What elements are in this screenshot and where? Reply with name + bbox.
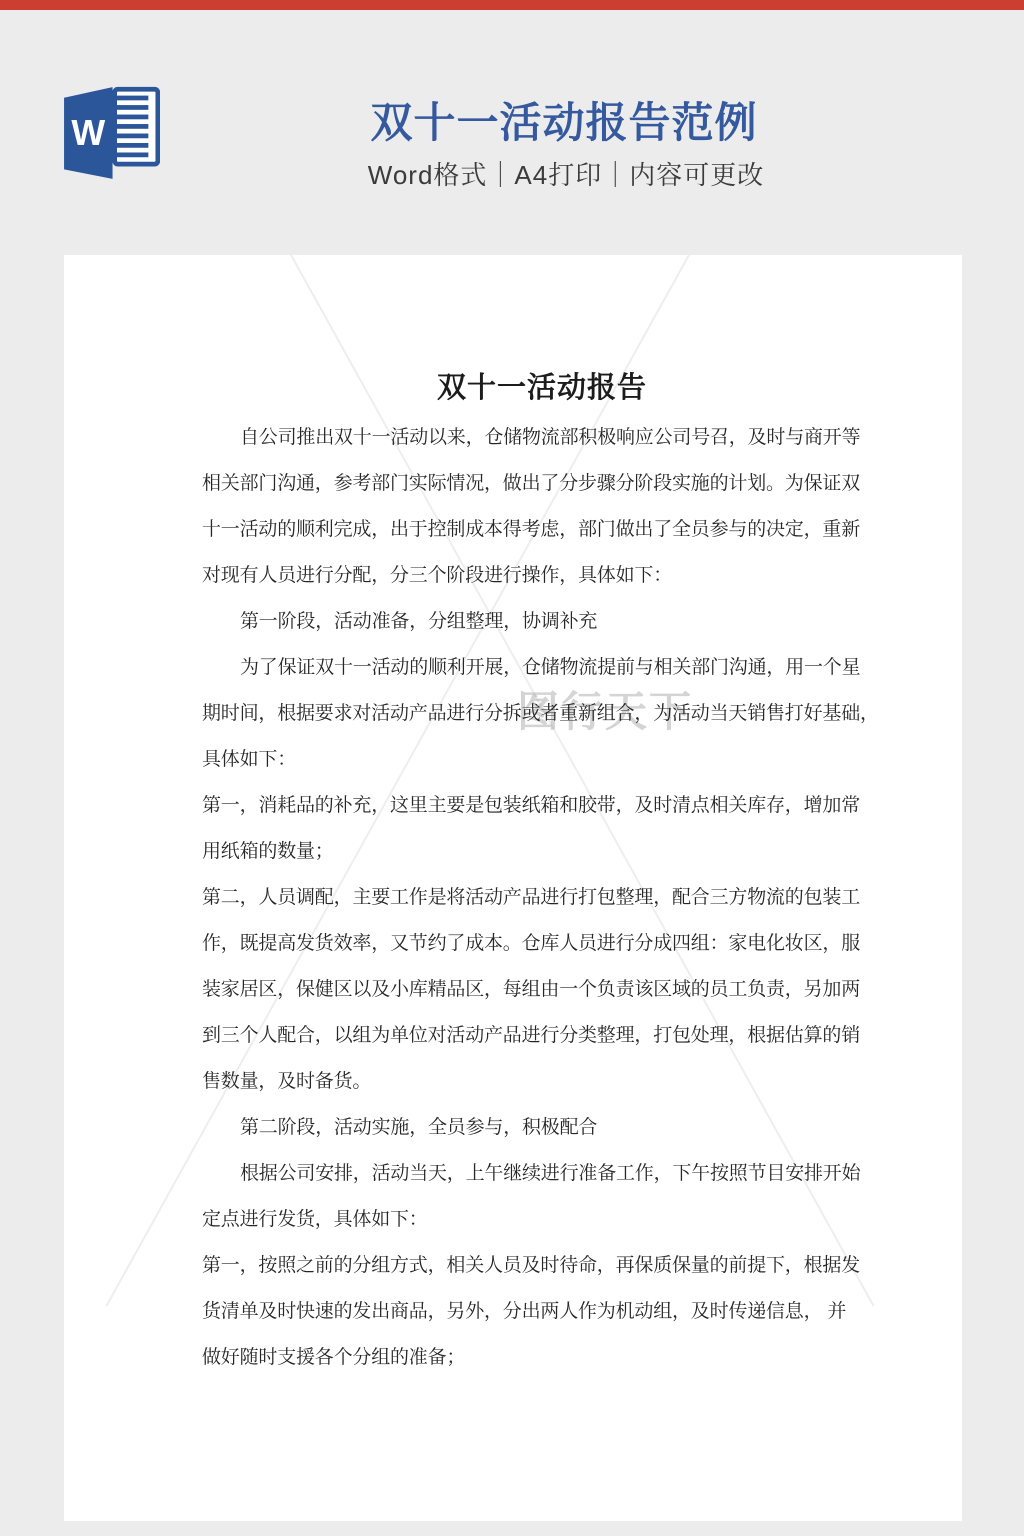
text-line: 第一，按照之前的分组方式，相关人员及时待命，再保质保量的前提下，根据发 <box>202 1243 902 1289</box>
text-line: 第一，消耗品的补充，这里主要是包装纸箱和胶带，及时清点相关库存，增加常 <box>202 783 902 829</box>
text-line: 货清单及时快速的发出商品，另外，分出两人作为机动组，及时传递信息， 并 <box>202 1289 902 1335</box>
text-line: 相关部门沟通，参考部门实际情况，做出了分步骤分阶段实施的计划。为保证双 <box>202 461 902 507</box>
text-line: 第一阶段，活动准备，分组整理，协调补充 <box>202 599 902 645</box>
top-accent-bar <box>0 0 1024 10</box>
document-body: 自公司推出双十一活动以来，仓储物流部积极响应公司号召，及时与商开等相关部门沟通，… <box>202 415 902 1381</box>
document-page: 图行天下 双十一活动报告 自公司推出双十一活动以来，仓储物流部积极响应公司号召，… <box>64 255 962 1521</box>
text-line: 用纸箱的数量； <box>202 829 902 875</box>
text-line: 到三个人配合，以组为单位对活动产品进行分类整理，打包处理，根据估算的销 <box>202 1013 902 1059</box>
page-title: 双十一活动报告范例 <box>0 90 1024 150</box>
text-line: 具体如下： <box>202 737 902 783</box>
text-line: 十一活动的顺利完成，出于控制成本得考虑，部门做出了全员参与的决定，重新 <box>202 507 902 553</box>
text-line: 第二，人员调配，主要工作是将活动产品进行打包整理，配合三方物流的包装工 <box>202 875 902 921</box>
text-line: 期时间，根据要求对活动产品进行分拆或者重新组合，为活动当天销售打好基础， <box>202 691 902 737</box>
text-line: 第二阶段，活动实施，全员参与，积极配合 <box>202 1105 902 1151</box>
text-line: 装家居区，保健区以及小库精品区，每组由一个负责该区域的员工负责，另加两 <box>202 967 902 1013</box>
text-line: 根据公司安排，活动当天，上午继续进行准备工作，下午按照节目安排开始 <box>202 1151 902 1197</box>
page-subtitle: Word格式｜A4打印｜内容可更改 <box>0 155 1024 192</box>
text-line: 为了保证双十一活动的顺利开展，仓储物流提前与相关部门沟通，用一个星 <box>202 645 902 691</box>
text-line: 定点进行发货，具体如下： <box>202 1197 902 1243</box>
document-title: 双十一活动报告 <box>64 365 962 406</box>
text-line: 售数量，及时备货。 <box>202 1059 902 1105</box>
text-line: 作，既提高发货效率，又节约了成本。仓库人员进行分成四组：家电化妆区，服 <box>202 921 902 967</box>
text-line: 自公司推出双十一活动以来，仓储物流部积极响应公司号召，及时与商开等 <box>202 415 902 461</box>
text-line: 对现有人员进行分配，分三个阶段进行操作，具体如下： <box>202 553 902 599</box>
text-line: 做好随时支援各个分组的准备； <box>202 1335 902 1381</box>
preview-canvas: W 双十一活动报告范例 Word格式｜A4打印｜内容可更改 图行天下 双十一活动… <box>0 0 1024 1536</box>
